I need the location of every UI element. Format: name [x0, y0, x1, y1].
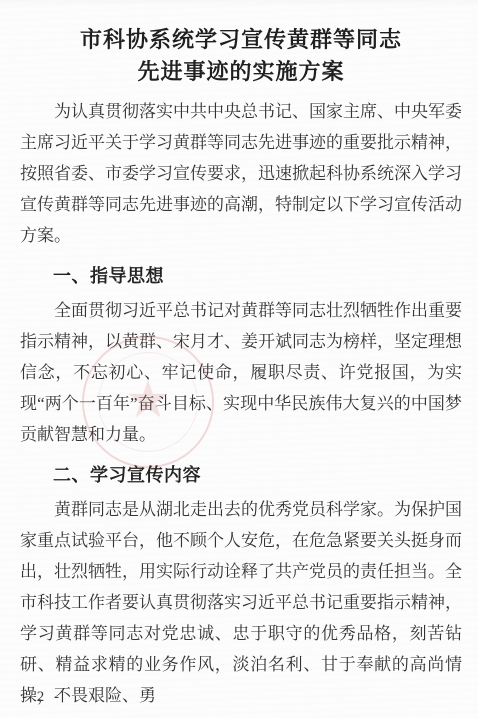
document-title-line-1: 市科协系统学习宣传黄群等同志 — [20, 24, 462, 56]
document-title: 市科协系统学习宣传黄群等同志 先进事迹的实施方案 — [20, 24, 462, 88]
document-title-line-2: 先进事迹的实施方案 — [20, 56, 462, 88]
section-1-paragraph: 全面贯彻习近平总书记对黄群等同志壮烈牺牲作出重要指示精神，以黄群、宋月才、姜开斌… — [20, 295, 462, 450]
section-heading-2: 二、学习宣传内容 — [20, 458, 462, 492]
section-2-paragraph: 黄群同志是从湖北走出去的优秀党员科学家。为保护国家重点试验平台，他不顾个人安危，… — [20, 494, 462, 711]
scanned-document-page: 市科协系统学习宣传黄群等同志 先进事迹的实施方案 为认真贯彻落实中共中央总书记、… — [0, 0, 478, 718]
page-number: - 2 - — [22, 689, 62, 706]
section-heading-1: 一、指导思想 — [20, 259, 462, 293]
document-body: 为认真贯彻落实中共中央总书记、国家主席、中央军委主席习近平关于学习黄群等同志先进… — [20, 96, 462, 711]
intro-paragraph: 为认真贯彻落实中共中央总书记、国家主席、中央军委主席习近平关于学习黄群等同志先进… — [20, 96, 462, 251]
